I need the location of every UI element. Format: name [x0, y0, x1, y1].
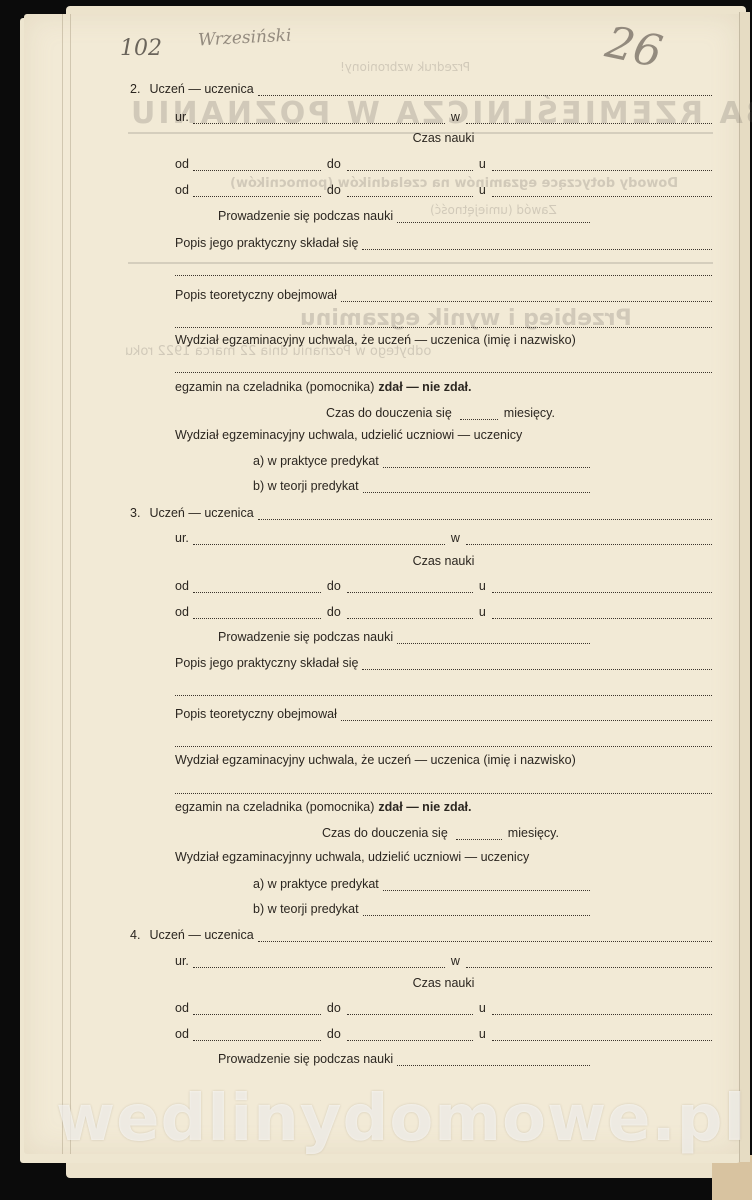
candidate-name-row [175, 780, 712, 798]
practical-grade-label: a) w praktyce predykat [253, 454, 383, 468]
at-label: u [473, 579, 492, 593]
birth-place-field[interactable] [466, 543, 712, 545]
birth-place-field[interactable] [466, 966, 712, 968]
student-label: Uczeń — uczenica [149, 82, 257, 96]
employer-field[interactable] [492, 1013, 712, 1015]
months-label: miesięcy. [502, 826, 565, 840]
from-field[interactable] [193, 195, 321, 197]
practical-grade-field[interactable] [383, 889, 590, 891]
from-label: od [175, 157, 193, 171]
practical-exam-field[interactable] [362, 668, 712, 670]
practical-exam-continuation [175, 262, 712, 280]
conduct-field[interactable] [397, 642, 590, 644]
from-label: od [175, 579, 193, 593]
student-name-field[interactable] [258, 94, 712, 96]
binding-strip [739, 12, 750, 1162]
grade-resolution-label: Wydział egzaminacyjnny uchwala, udzielić… [175, 850, 533, 864]
training-period-heading: Czas nauki [175, 976, 712, 994]
board-resolution-label: Wydział egzaminacyjny uchwala, że uczeń … [175, 333, 580, 347]
training-row: od do u [175, 1001, 712, 1019]
exam-result-row: egzamin na czeladnika (pomocnika) zdał —… [175, 380, 712, 398]
training-row: od do u [175, 605, 712, 623]
practical-exam-continuation [175, 682, 712, 700]
conduct-label: Prowadzenie się podczas nauki [218, 1052, 397, 1066]
training-row: od do u [175, 1027, 712, 1045]
practical-exam-field-2[interactable] [175, 694, 712, 696]
exam-result-label: egzamin na czeladnika (pomocnika) [175, 380, 378, 394]
training-period-label: Czas nauki [413, 554, 475, 568]
employer-field[interactable] [492, 591, 712, 593]
section-number: 2. [130, 82, 149, 96]
practical-exam-label: Popis jego praktyczny składał się [175, 656, 362, 670]
student-name-row: 2. Uczeń — uczenica [130, 82, 712, 100]
theory-exam-field[interactable] [341, 300, 712, 302]
passed-failed-choice[interactable]: zdał — nie zdał. [378, 380, 471, 394]
conduct-field[interactable] [397, 221, 590, 223]
section-number: 4. [130, 928, 149, 942]
practical-grade-label: a) w praktyce predykat [253, 877, 383, 891]
to-field[interactable] [347, 195, 473, 197]
place-label: w [445, 954, 466, 968]
to-field[interactable] [347, 169, 473, 171]
birth-date-field[interactable] [193, 543, 445, 545]
employer-field[interactable] [492, 1039, 712, 1041]
theory-exam-label: Popis teoretyczny obejmował [175, 707, 341, 721]
birth-date-field[interactable] [193, 122, 445, 124]
at-label: u [473, 183, 492, 197]
to-label: do [321, 157, 347, 171]
conduct-row: Prowadzenie się podczas nauki [218, 209, 590, 227]
passed-failed-choice[interactable]: zdał — nie zdał. [378, 800, 471, 814]
training-row: od do u [175, 157, 712, 175]
student-label: Uczeń — uczenica [149, 506, 257, 520]
candidate-name-field[interactable] [175, 371, 712, 373]
theory-grade-label: b) w teorji predykat [253, 902, 363, 916]
practical-exam-row: Popis jego praktyczny składał się [175, 236, 712, 254]
from-field[interactable] [193, 591, 321, 593]
practical-grade-field[interactable] [383, 466, 590, 468]
theory-exam-row: Popis teoretyczny obejmował [175, 707, 712, 725]
to-label: do [321, 1027, 347, 1041]
practical-grade-row: a) w praktyce predykat [253, 877, 590, 895]
fold-crease [62, 14, 63, 1154]
theory-exam-field-2[interactable] [175, 745, 712, 747]
student-name-field[interactable] [258, 940, 712, 942]
from-label: od [175, 605, 193, 619]
conduct-row: Prowadzenie się podczas nauki [218, 1052, 590, 1070]
at-label: u [473, 1027, 492, 1041]
from-label: od [175, 1027, 193, 1041]
grade-resolution-row: Wydział egzeminacyjny uchwala, udzielić … [175, 428, 712, 446]
practical-exam-row: Popis jego praktyczny składał się [175, 656, 712, 674]
student-name-row: 3. Uczeń — uczenica [130, 506, 712, 524]
training-period-heading: Czas nauki [175, 554, 712, 572]
extra-training-label: Czas do douczenia się [322, 826, 456, 840]
practical-exam-label: Popis jego praktyczny składał się [175, 236, 362, 250]
watermark: wedlinydomowe.pl [56, 1082, 696, 1156]
extra-training-months-field[interactable] [456, 838, 502, 840]
board-resolution-row: Wydział egzaminacyjny uchwala, że uczeń … [175, 333, 712, 351]
birth-row: ur. w [175, 531, 712, 549]
theory-exam-label: Popis teoretyczny obejmował [175, 288, 341, 302]
to-label: do [321, 1001, 347, 1015]
birth-row: ur. w [175, 954, 712, 972]
extra-training-row: Czas do douczenia się miesięcy. [175, 406, 712, 424]
grade-resolution-row: Wydział egzaminacyjnny uchwala, udzielić… [175, 850, 712, 868]
to-label: do [321, 605, 347, 619]
months-label: miesięcy. [498, 406, 561, 420]
extra-training-row: Czas do douczenia się miesięcy. [175, 826, 712, 844]
from-field[interactable] [193, 1039, 321, 1041]
training-period-label: Czas nauki [413, 131, 475, 145]
to-field[interactable] [347, 617, 473, 619]
practical-exam-field[interactable] [362, 248, 712, 250]
practical-exam-field-2[interactable] [175, 274, 712, 276]
from-field[interactable] [193, 169, 321, 171]
conduct-row: Prowadzenie się podczas nauki [218, 630, 590, 648]
at-label: u [473, 605, 492, 619]
employer-field[interactable] [492, 169, 712, 171]
to-field[interactable] [347, 1039, 473, 1041]
board-resolution-label: Wydział egzaminacyjny uchwala, że uczeń … [175, 753, 580, 767]
birth-row: ur. w [175, 110, 712, 128]
exam-result-row: egzamin na czeladnika (pomocnika) zdał —… [175, 800, 712, 818]
employer-field[interactable] [492, 195, 712, 197]
section-number: 3. [130, 506, 149, 520]
conduct-field[interactable] [397, 1064, 590, 1066]
born-label: ur. [175, 110, 193, 124]
at-label: u [473, 157, 492, 171]
place-label: w [445, 110, 466, 124]
training-row: od do u [175, 183, 712, 201]
to-field[interactable] [347, 591, 473, 593]
to-label: do [321, 579, 347, 593]
conduct-label: Prowadzenie się podczas nauki [218, 630, 397, 644]
theory-exam-continuation [175, 314, 712, 332]
theory-grade-row: b) w teorji predykat [253, 479, 590, 497]
from-field[interactable] [193, 1013, 321, 1015]
training-period-label: Czas nauki [413, 976, 475, 990]
grade-resolution-label: Wydział egzeminacyjny uchwala, udzielić … [175, 428, 526, 442]
extra-training-label: Czas do douczenia się [326, 406, 460, 420]
birth-place-field[interactable] [466, 122, 712, 124]
board-resolution-row: Wydział egzaminacyjny uchwala, że uczeń … [175, 753, 712, 771]
conduct-label: Prowadzenie się podczas nauki [218, 209, 397, 223]
training-row: od do u [175, 579, 712, 597]
training-period-heading: Czas nauki [175, 131, 712, 149]
student-name-row: 4. Uczeń — uczenica [130, 928, 712, 946]
candidate-name-row [175, 359, 712, 377]
from-field[interactable] [193, 617, 321, 619]
candidate-name-field[interactable] [175, 792, 712, 794]
from-label: od [175, 1001, 193, 1015]
born-label: ur. [175, 531, 193, 545]
extra-training-months-field[interactable] [460, 418, 498, 420]
to-field[interactable] [347, 1013, 473, 1015]
practical-grade-row: a) w praktyce predykat [253, 454, 590, 472]
theory-grade-field[interactable] [363, 914, 590, 916]
student-label: Uczeń — uczenica [149, 928, 257, 942]
theory-exam-field[interactable] [341, 719, 712, 721]
theory-grade-row: b) w teorji predykat [253, 902, 590, 920]
student-name-field[interactable] [258, 518, 712, 520]
to-label: do [321, 183, 347, 197]
theory-exam-continuation [175, 733, 712, 751]
from-label: od [175, 183, 193, 197]
at-label: u [473, 1001, 492, 1015]
place-label: w [445, 531, 466, 545]
theory-grade-label: b) w teorji predykat [253, 479, 363, 493]
exam-result-label: egzamin na czeladnika (pomocnika) [175, 800, 378, 814]
birth-date-field[interactable] [193, 966, 445, 968]
theory-exam-row: Popis teoretyczny obejmował [175, 288, 712, 306]
fold-crease [70, 14, 71, 1154]
theory-exam-field-2[interactable] [175, 326, 712, 328]
theory-grade-field[interactable] [363, 491, 590, 493]
born-label: ur. [175, 954, 193, 968]
employer-field[interactable] [492, 617, 712, 619]
